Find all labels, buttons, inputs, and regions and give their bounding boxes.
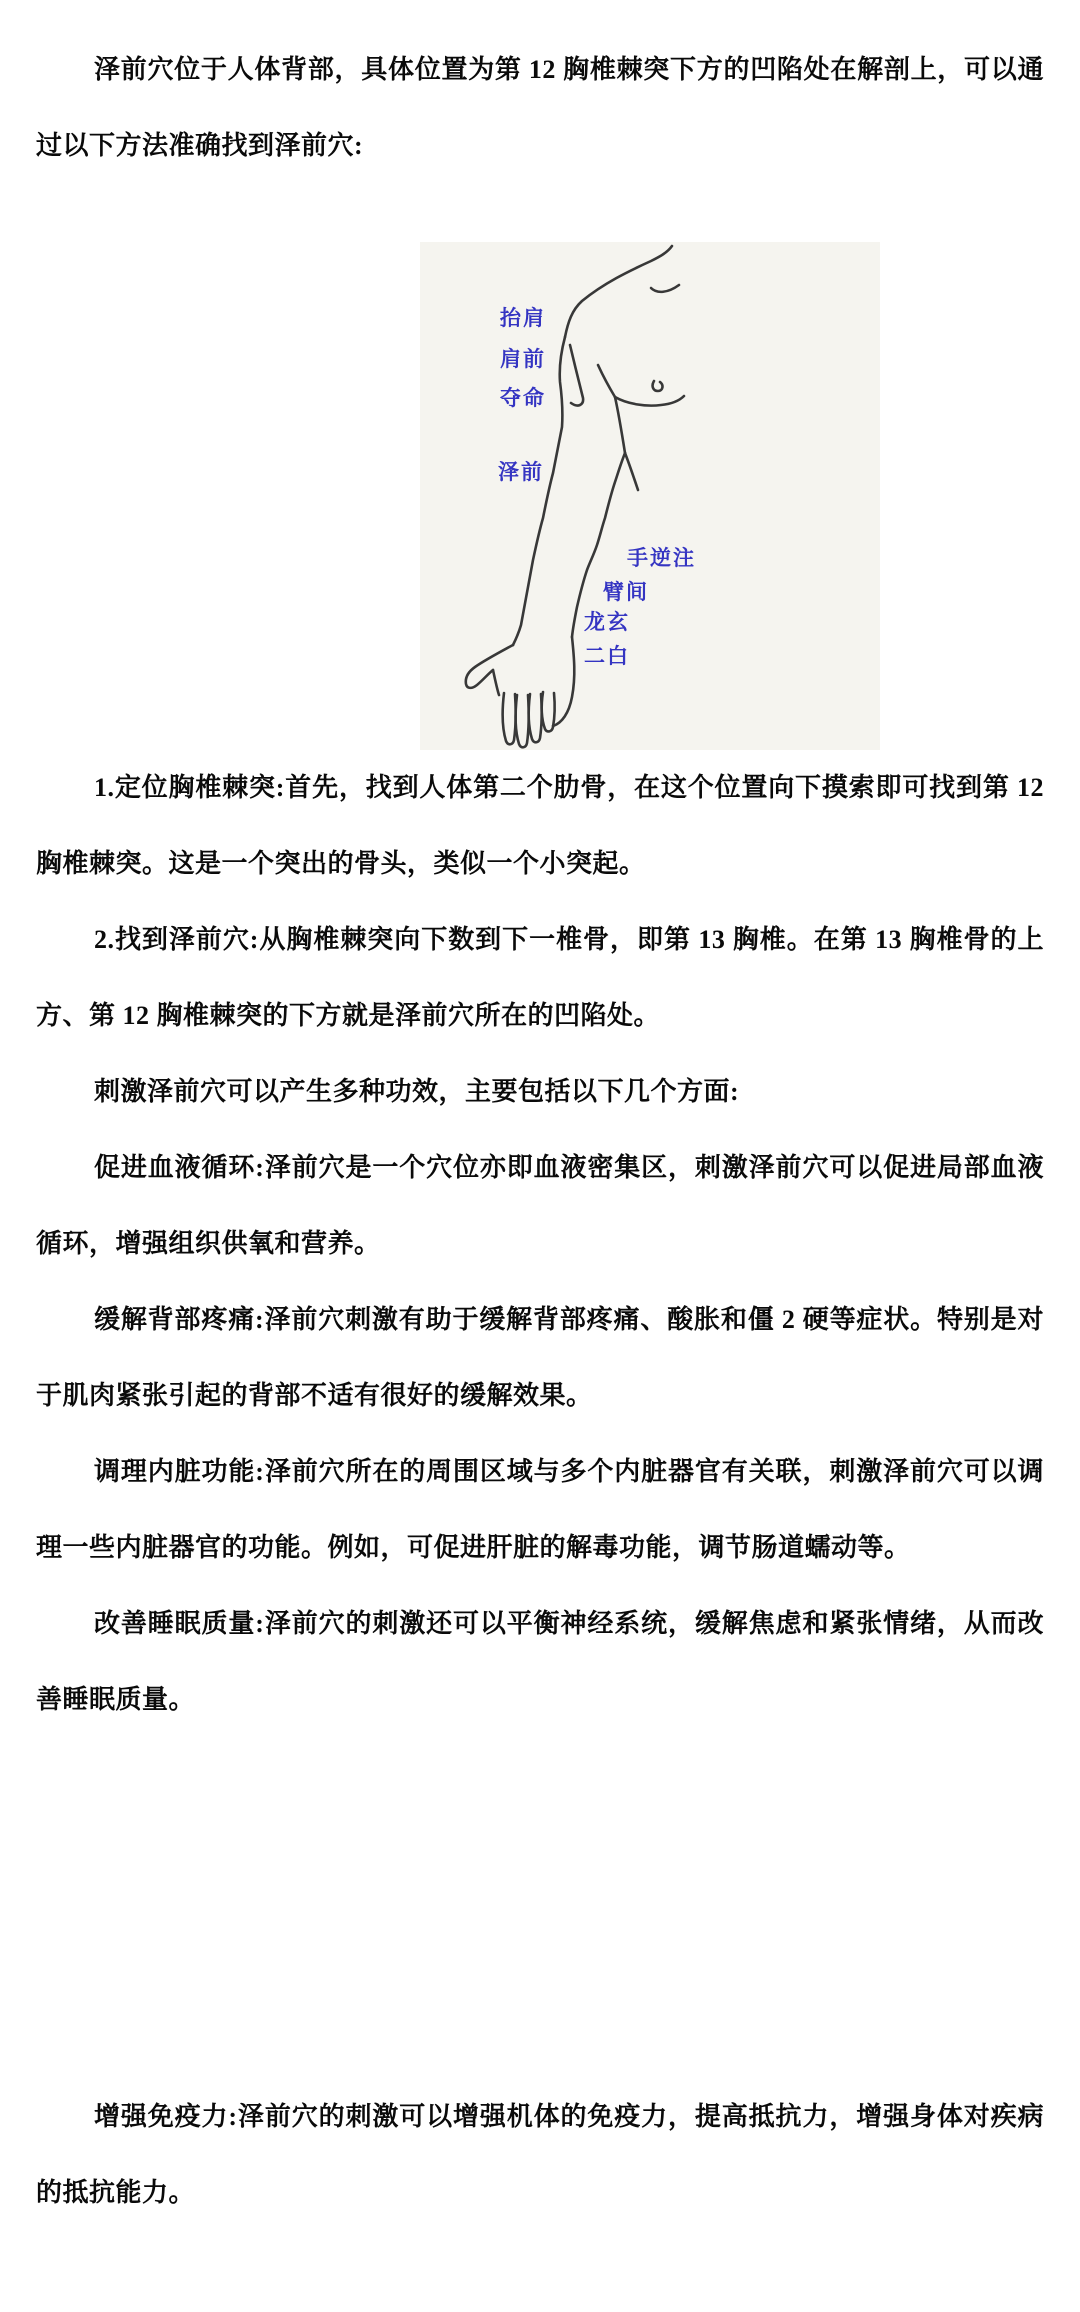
paragraph-effects-intro: 刺激泽前穴可以产生多种功效，主要包括以下几个方面:	[36, 1054, 1044, 1130]
paragraph-immunity-boost: 增强免疫力:泽前穴的刺激可以增强机体的免疫力，提高抵抗力，增强身体对疾病的抵抗能…	[36, 2079, 1044, 2231]
acupoint-label-taijian: 抬肩	[500, 308, 546, 329]
acupoint-label-jianqian: 肩前	[500, 349, 546, 370]
paragraph-blood-circulation: 促进血液循环:泽前穴是一个穴位亦即血液密集区，刺激泽前穴可以促进局部血液循环，增…	[36, 1130, 1044, 1282]
paragraph-organ-regulation: 调理内脏功能:泽前穴所在的周围区域与多个内脏器官有关联，刺激泽前穴可以调理一些内…	[36, 1434, 1044, 1586]
acupoint-arm-figure: 抬肩 肩前 夺命 泽前 手逆注 臂间 龙玄 二白	[420, 242, 880, 750]
paragraph-sleep-quality: 改善睡眠质量:泽前穴的刺激还可以平衡神经系统，缓解焦虑和紧张情绪，从而改善睡眠质…	[36, 1586, 1044, 1738]
paragraph-locate-spinous-process: 1.定位胸椎棘突:首先，找到人体第二个肋骨，在这个位置向下摸索即可找到第 12 …	[36, 750, 1044, 902]
page-break-gap	[36, 1738, 1044, 2079]
acupoint-label-bijian: 臂间	[603, 582, 649, 603]
paragraph-back-pain-relief: 缓解背部疼痛:泽前穴刺激有助于缓解背部疼痛、酸胀和僵 2 硬等症状。特别是对于肌…	[36, 1282, 1044, 1434]
arm-line-drawing-illustration	[420, 242, 880, 750]
intro-paragraph: 泽前穴位于人体背部，具体位置为第 12 胸椎棘突下方的凹陷处在解剖上，可以通过以…	[36, 32, 1044, 184]
acupoint-label-longxuan: 龙玄	[584, 612, 630, 633]
document-body: 泽前穴位于人体背部，具体位置为第 12 胸椎棘突下方的凹陷处在解剖上，可以通过以…	[0, 0, 1080, 2231]
acupoint-label-zeqian: 泽前	[498, 462, 544, 483]
acupoint-label-erbai: 二白	[584, 646, 630, 667]
document-page: 泽前穴位于人体背部，具体位置为第 12 胸椎棘突下方的凹陷处在解剖上，可以通过以…	[0, 0, 1080, 2312]
acupoint-label-shounizhu: 手逆注	[627, 548, 696, 569]
paragraph-find-zeqian-point: 2.找到泽前穴:从胸椎棘突向下数到下一椎骨，即第 13 胸椎。在第 13 胸椎骨…	[36, 902, 1044, 1054]
acupoint-label-duoming: 夺命	[500, 388, 546, 409]
